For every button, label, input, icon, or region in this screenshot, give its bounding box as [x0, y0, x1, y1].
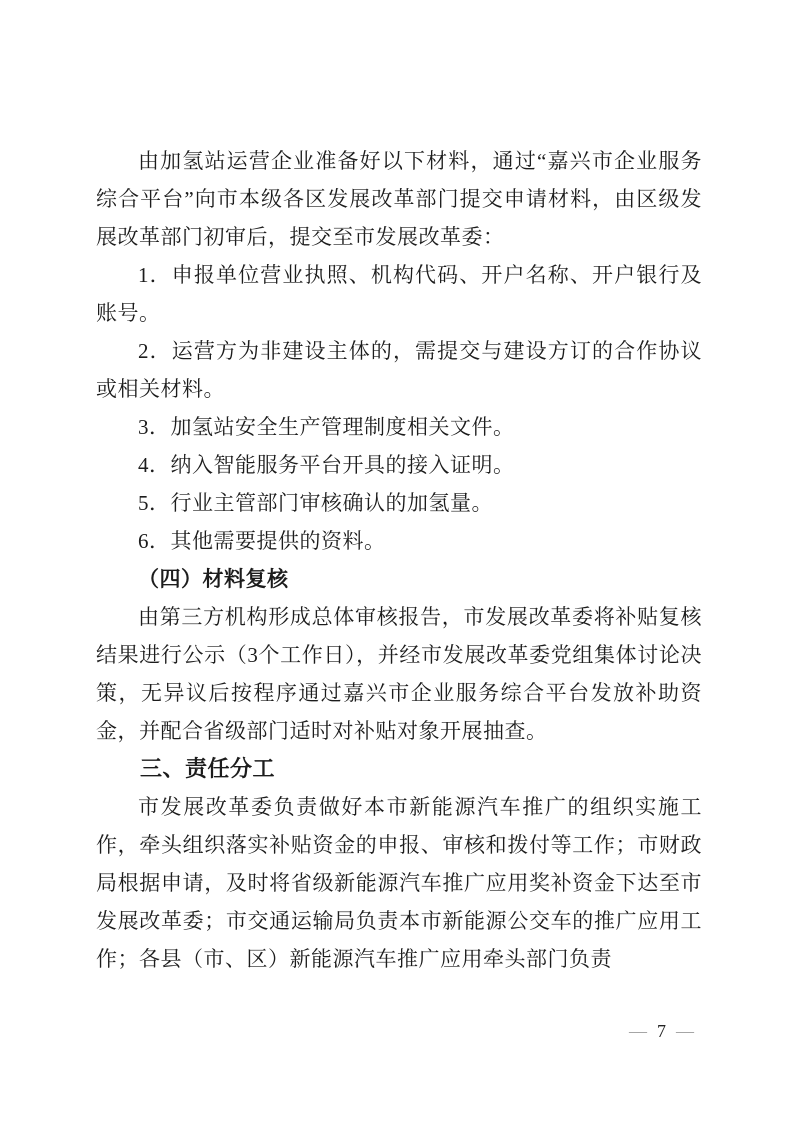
page-number-dash-right: — [670, 1021, 700, 1041]
document-page: 由加氢站运营企业准备好以下材料，通过“嘉兴市企业服务综合平台”向市本级各区发展改… [0, 0, 794, 1123]
list-item-4: 4．纳入智能服务平台开具的接入证明。 [96, 446, 702, 484]
list-item-2: 2．运营方为非建设主体的，需提交与建设方订的合作协议或相关材料。 [96, 332, 702, 408]
list-item-3: 3．加氢站安全生产管理制度相关文件。 [96, 408, 702, 446]
document-body: 由加氢站运营企业准备好以下材料，通过“嘉兴市企业服务综合平台”向市本级各区发展改… [96, 142, 702, 978]
page-number-value: 7 [653, 1021, 670, 1041]
paragraph-intro: 由加氢站运营企业准备好以下材料，通过“嘉兴市企业服务综合平台”向市本级各区发展改… [96, 142, 702, 256]
section-heading-responsibility: 三、责任分工 [96, 750, 702, 788]
page-number: —7— [623, 1021, 700, 1041]
list-item-5: 5．行业主管部门审核确认的加氢量。 [96, 484, 702, 522]
list-item-6: 6．其他需要提供的资料。 [96, 522, 702, 560]
list-item-1: 1．申报单位营业执照、机构代码、开户名称、开户银行及账号。 [96, 256, 702, 332]
subsection-heading-material-review: （四）材料复核 [96, 560, 702, 598]
paragraph-responsibility: 市发展改革委负责做好本市新能源汽车推广的组织实施工作，牵头组织落实补贴资金的申报… [96, 788, 702, 978]
page-number-dash-left: — [623, 1021, 653, 1041]
paragraph-material-review: 由第三方机构形成总体审核报告，市发展改革委将补贴复核结果进行公示（3个工作日），… [96, 598, 702, 750]
